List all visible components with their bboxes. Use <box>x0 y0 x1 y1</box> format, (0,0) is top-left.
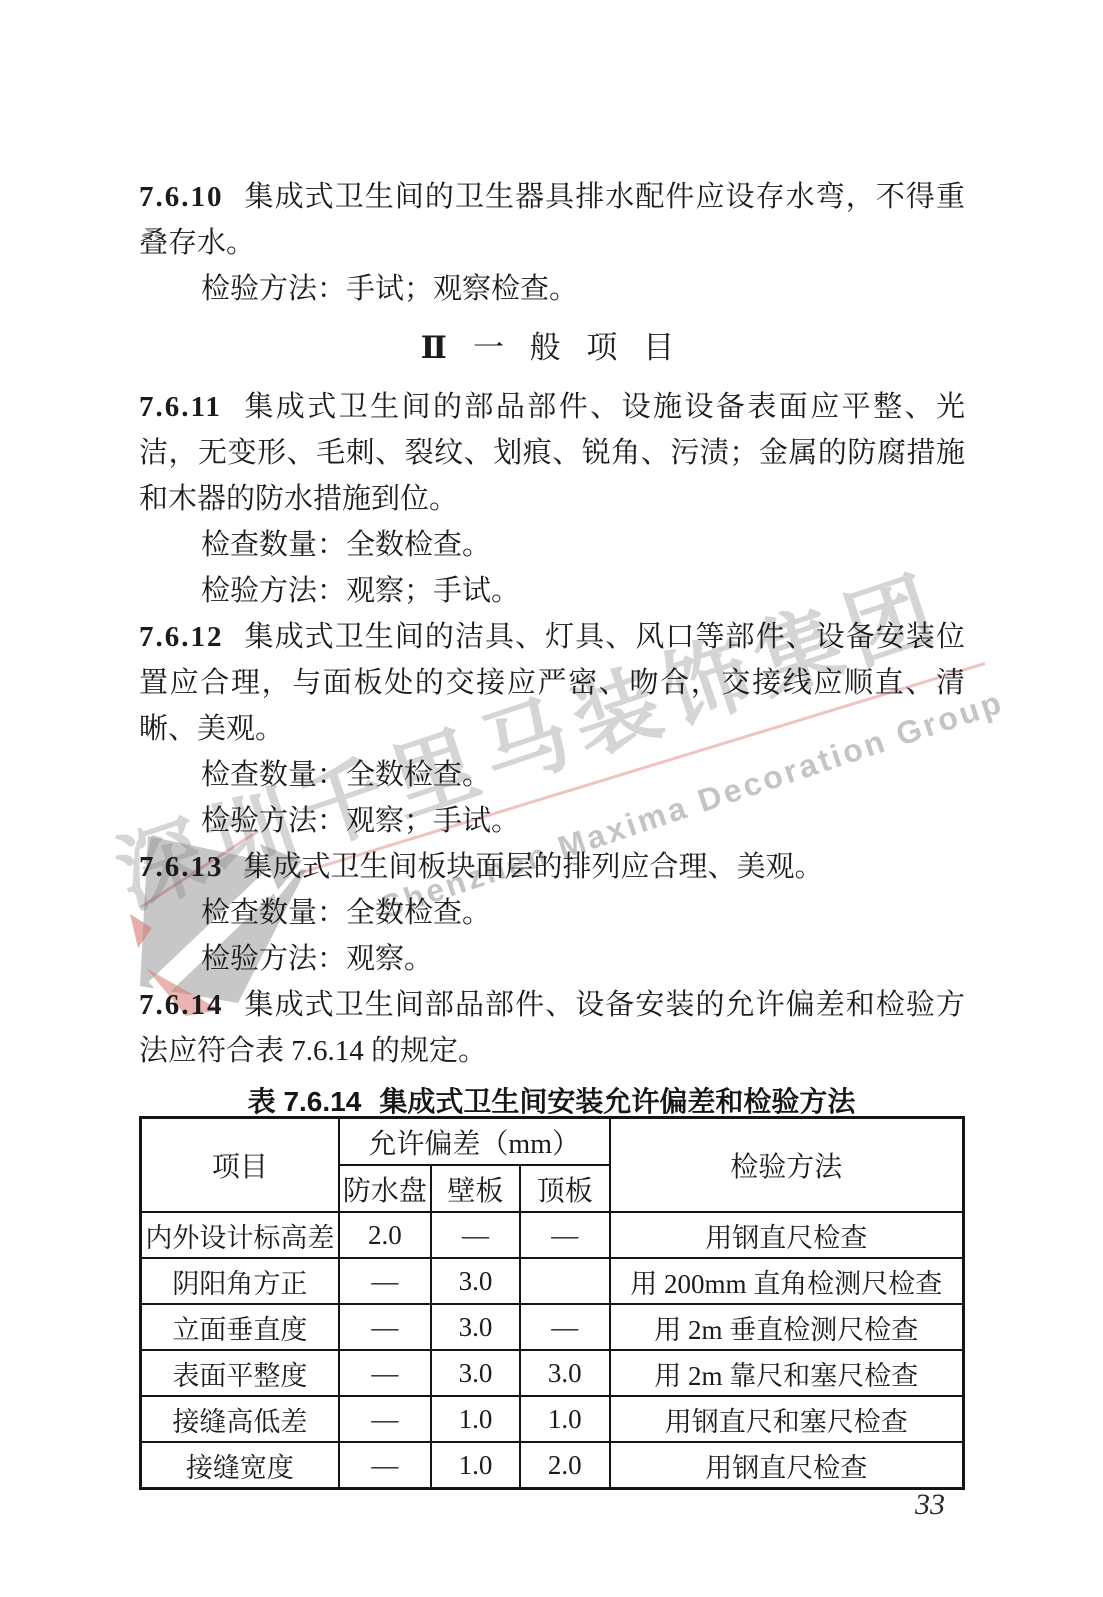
cell-item: 接缝宽度 <box>141 1442 339 1489</box>
cell-method: 用 2m 垂直检测尺检查 <box>610 1304 964 1350</box>
cell-item: 阴阳角方正 <box>141 1258 339 1304</box>
table-caption-number: 表 7.6.14 <box>248 1086 362 1117</box>
page-number: 33 <box>915 1488 945 1522</box>
table-row: 内外设计标高差 2.0 — — 用钢直尺检查 <box>141 1212 964 1258</box>
col-subheader-wall: 壁板 <box>431 1165 520 1212</box>
cell-item: 内外设计标高差 <box>141 1212 339 1258</box>
cell-method: 用钢直尺和塞尺检查 <box>610 1396 964 1442</box>
method-note-line: 检验方法：观察。 <box>139 936 965 982</box>
cell-method: 用钢直尺检查 <box>610 1212 964 1258</box>
document-body: 7.6.10集成式卫生间的卫生器具排水配件应设存水弯，不得重 叠存水。 检验方法… <box>139 174 965 1074</box>
table-header-row: 项目 允许偏差（mm） 检验方法 <box>141 1118 964 1166</box>
cell-wall: 3.0 <box>431 1350 520 1396</box>
clause-number: 7.6.12 <box>139 621 224 653</box>
clause-text: 集成式卫生间部品部件、设备安装的允许偏差和检验方 <box>244 989 966 1021</box>
cell-wall: 1.0 <box>431 1396 520 1442</box>
col-header-item: 项目 <box>141 1118 339 1213</box>
document-page: 深圳千里马装饰集团 Shenzhen Maxima Decoration Gro… <box>0 0 1103 1597</box>
section-numeral: Ⅱ <box>421 330 447 365</box>
cell-item: 接缝高低差 <box>141 1396 339 1442</box>
col-subheader-pan: 防水盘 <box>339 1165 431 1212</box>
cell-method: 用 200mm 直角检测尺检查 <box>610 1258 964 1304</box>
clause-text: 集成式卫生间板块面层的排列应合理、美观。 <box>244 851 824 883</box>
cell-pan: — <box>339 1258 431 1304</box>
method-note-line: 检验方法：观察；手试。 <box>139 568 965 614</box>
cell-method: 用钢直尺检查 <box>610 1442 964 1489</box>
col-subheader-ceiling: 顶板 <box>520 1165 610 1212</box>
table-row: 接缝高低差 — 1.0 1.0 用钢直尺和塞尺检查 <box>141 1396 964 1442</box>
table-row: 立面垂直度 — 3.0 — 用 2m 垂直检测尺检查 <box>141 1304 964 1350</box>
spec-table: 项目 允许偏差（mm） 检验方法 防水盘 壁板 顶板 内外设计标高差 2.0 —… <box>139 1116 965 1490</box>
check-count-line: 检查数量：全数检查。 <box>139 890 965 936</box>
cell-pan: — <box>339 1350 431 1396</box>
cell-method: 用 2m 靠尺和塞尺检查 <box>610 1350 964 1396</box>
section-heading: Ⅱ一 般 项 目 <box>139 312 965 384</box>
clause-7-6-10-line1: 7.6.10集成式卫生间的卫生器具排水配件应设存水弯，不得重 <box>139 174 965 220</box>
clause-7-6-11-line3: 和木器的防水措施到位。 <box>139 476 965 522</box>
clause-number: 7.6.14 <box>139 989 224 1021</box>
table-caption: 表 7.6.14集成式卫生间安装允许偏差和检验方法 <box>0 1080 1103 1120</box>
table-row: 接缝宽度 — 1.0 2.0 用钢直尺检查 <box>141 1442 964 1489</box>
cell-item: 表面平整度 <box>141 1350 339 1396</box>
table-row: 阴阳角方正 — 3.0 用 200mm 直角检测尺检查 <box>141 1258 964 1304</box>
col-header-deviation: 允许偏差（mm） <box>339 1118 610 1166</box>
clause-text: 集成式卫生间的洁具、灯具、风口等部件、设备安装位 <box>244 621 966 653</box>
section-title: 一 般 项 目 <box>473 330 683 365</box>
cell-wall: 3.0 <box>431 1304 520 1350</box>
clause-7-6-14-line1: 7.6.14集成式卫生间部品部件、设备安装的允许偏差和检验方 <box>139 982 965 1028</box>
col-header-method: 检验方法 <box>610 1118 964 1213</box>
cell-ceiling <box>520 1258 610 1304</box>
check-count-line: 检查数量：全数检查。 <box>139 522 965 568</box>
clause-7-6-14-line2: 法应符合表 7.6.14 的规定。 <box>139 1028 965 1074</box>
cell-pan: — <box>339 1396 431 1442</box>
clause-7-6-13-line1: 7.6.13集成式卫生间板块面层的排列应合理、美观。 <box>139 844 965 890</box>
clause-text: 集成式卫生间的部品部件、设施设备表面应平整、光 <box>242 391 965 423</box>
clause-number: 7.6.13 <box>139 851 224 883</box>
clause-7-6-12-line1: 7.6.12集成式卫生间的洁具、灯具、风口等部件、设备安装位 <box>139 614 965 660</box>
cell-ceiling: 2.0 <box>520 1442 610 1489</box>
cell-pan: — <box>339 1304 431 1350</box>
clause-7-6-11-line2: 洁，无变形、毛刺、裂纹、划痕、锐角、污渍；金属的防腐措施 <box>139 430 965 476</box>
cell-ceiling: — <box>520 1212 610 1258</box>
cell-pan: 2.0 <box>339 1212 431 1258</box>
cell-ceiling: 3.0 <box>520 1350 610 1396</box>
clause-7-6-10-line2: 叠存水。 <box>139 220 965 266</box>
cell-wall: 1.0 <box>431 1442 520 1489</box>
cell-item: 立面垂直度 <box>141 1304 339 1350</box>
clause-7-6-11-line1: 7.6.11集成式卫生间的部品部件、设施设备表面应平整、光 <box>139 384 965 430</box>
cell-wall: 3.0 <box>431 1258 520 1304</box>
clause-number: 7.6.10 <box>139 181 224 213</box>
cell-ceiling: 1.0 <box>520 1396 610 1442</box>
method-note-line: 检验方法：手试；观察检查。 <box>139 266 965 312</box>
clause-7-6-12-line2: 置应合理，与面板处的交接应严密、吻合，交接线应顺直、清 <box>139 660 965 706</box>
cell-ceiling: — <box>520 1304 610 1350</box>
clause-number: 7.6.11 <box>139 391 222 423</box>
clause-text: 集成式卫生间的卫生器具排水配件应设存水弯，不得重 <box>244 181 966 213</box>
table-row: 表面平整度 — 3.0 3.0 用 2m 靠尺和塞尺检查 <box>141 1350 964 1396</box>
check-count-line: 检查数量：全数检查。 <box>139 752 965 798</box>
cell-wall: — <box>431 1212 520 1258</box>
table-caption-title: 集成式卫生间安装允许偏差和检验方法 <box>379 1086 855 1117</box>
cell-pan: — <box>339 1442 431 1489</box>
method-note-line: 检验方法：观察；手试。 <box>139 798 965 844</box>
clause-7-6-12-line3: 晰、美观。 <box>139 706 965 752</box>
